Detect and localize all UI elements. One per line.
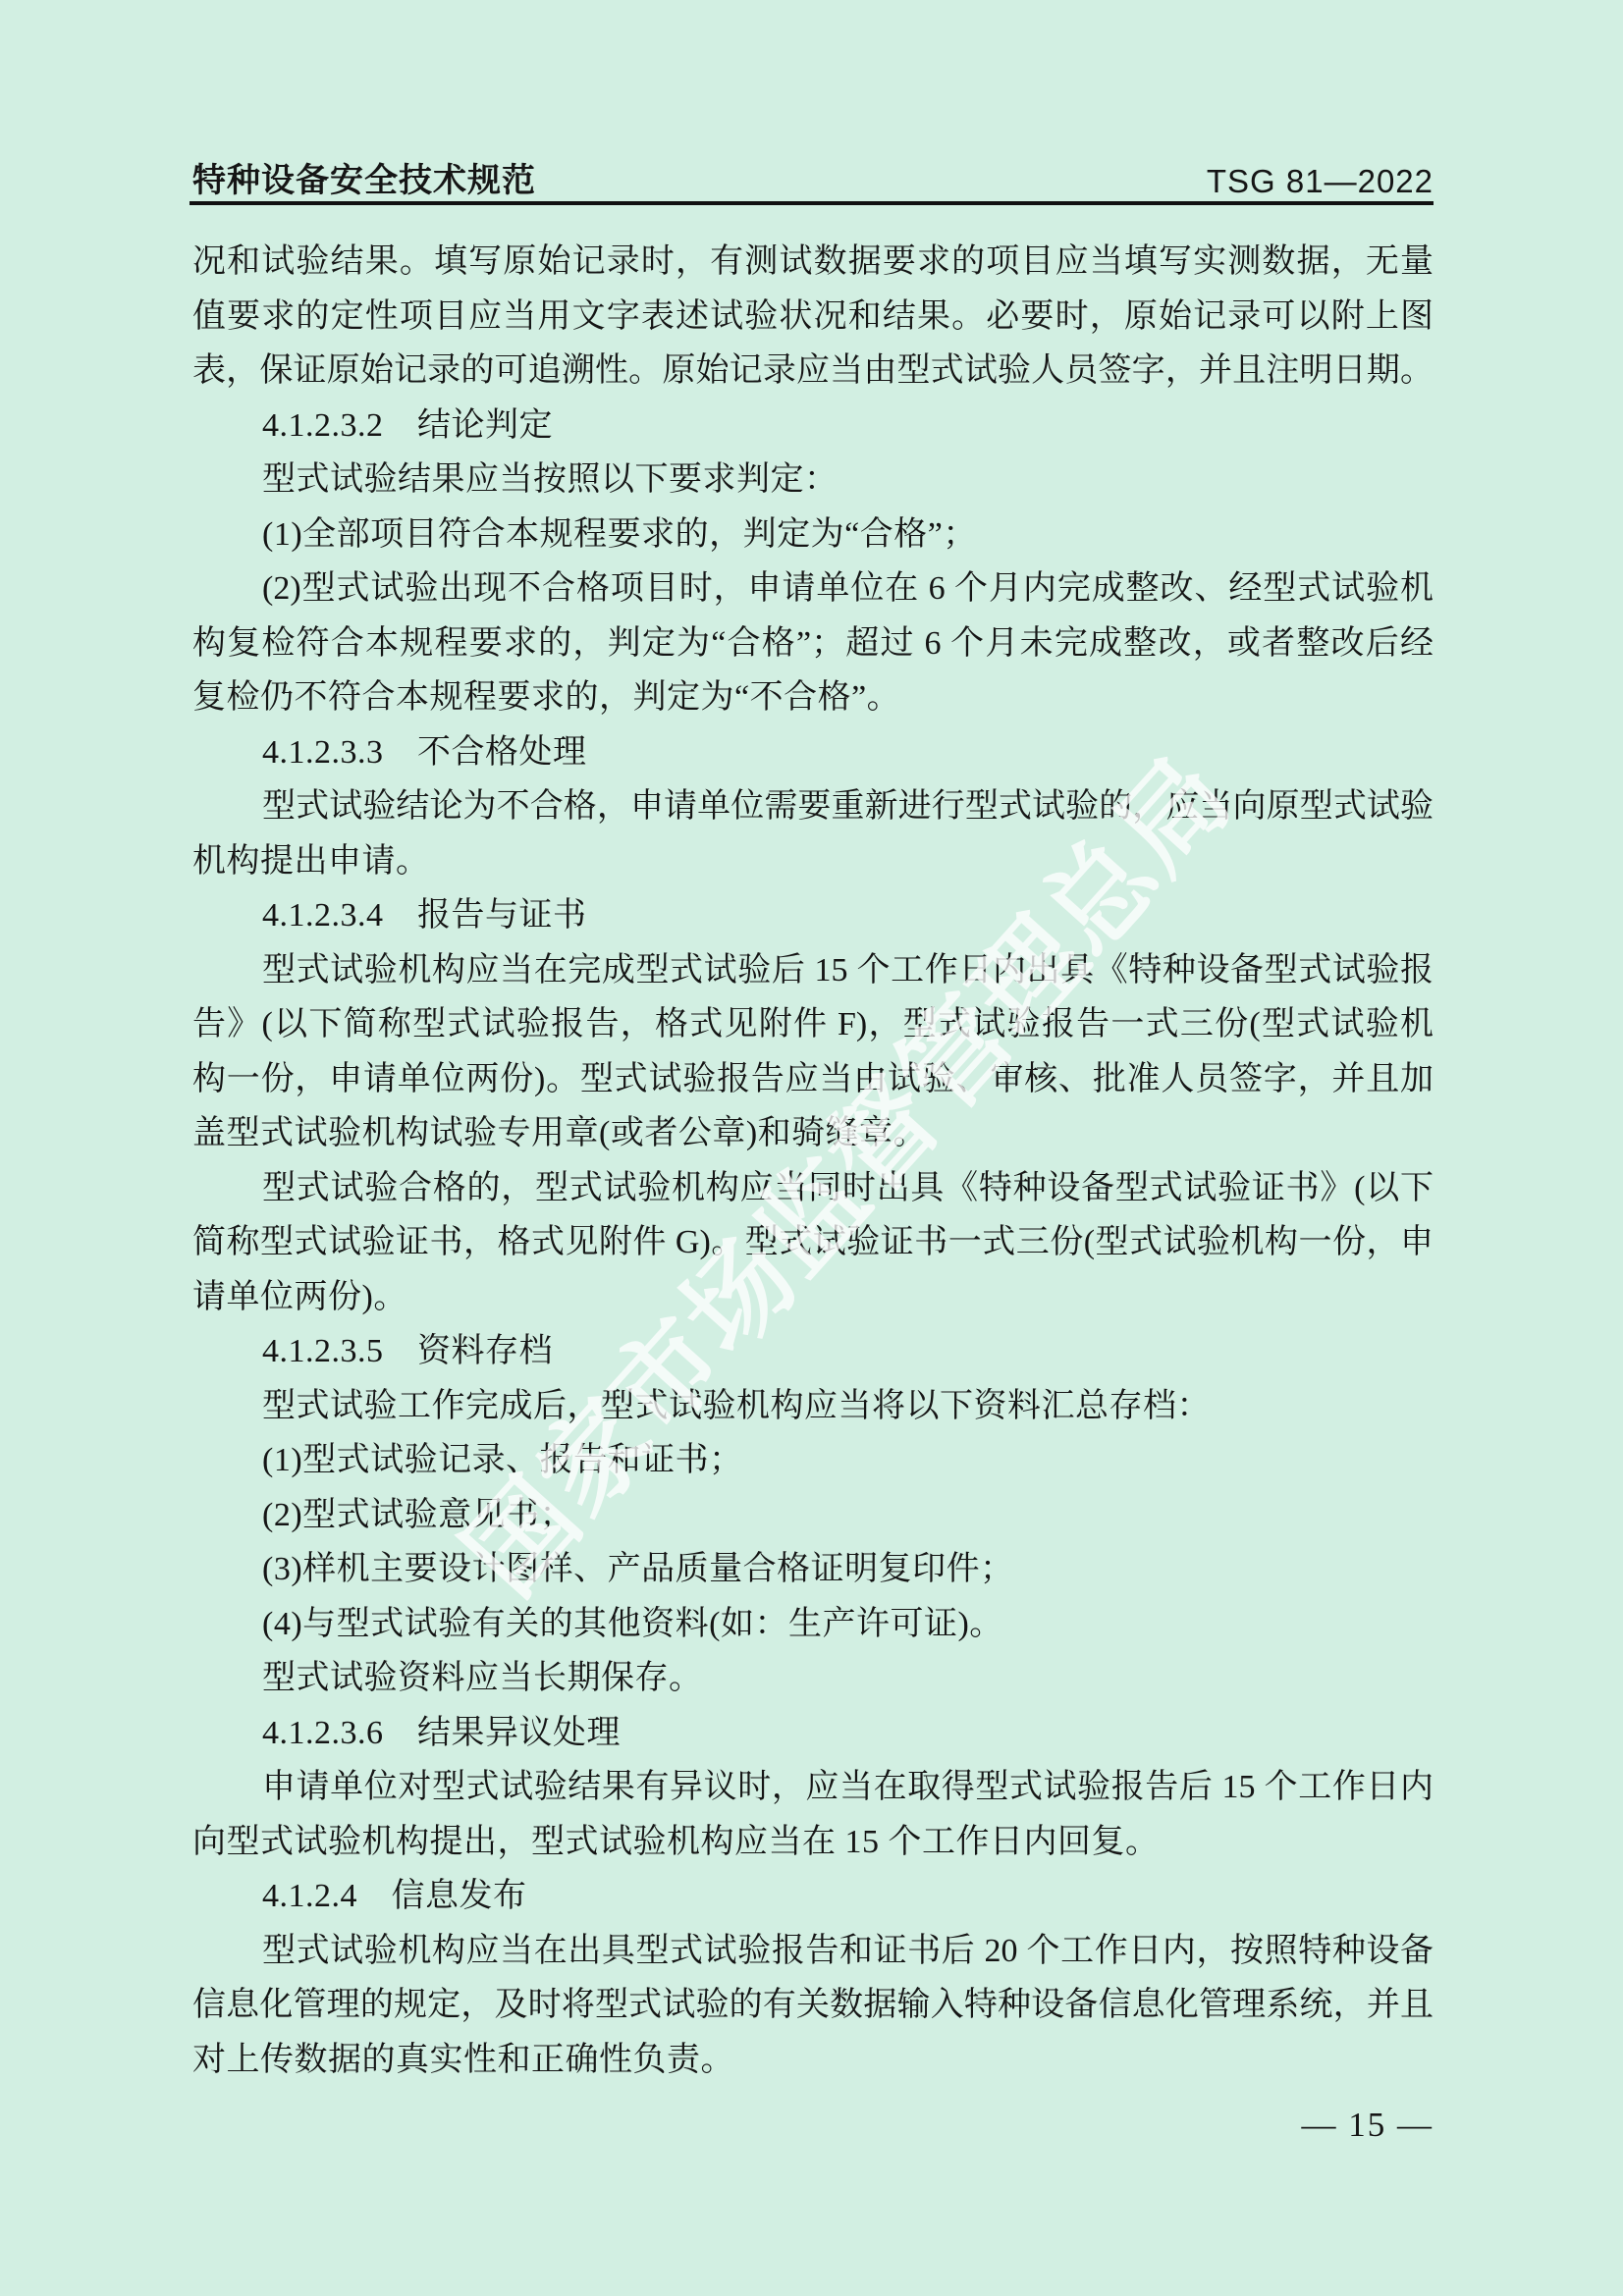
text-line: 4.1.2.3.6 结果异议处理	[192, 1706, 1434, 1761]
document-page: 特种设备安全技术规范 TSG 81—2022 国家市场监督管理总局 况和试验结果…	[0, 0, 1623, 2296]
text-line: 构一份，申请单位两份)。型式试验报告应当由试验、审核、批准人员签字，并且加	[192, 1052, 1434, 1107]
text-line: 型式试验结论为不合格，申请单位需要重新进行型式试验的，应当向原型式试验	[192, 779, 1434, 834]
text-line: 型式试验机构应当在出具型式试验报告和证书后 20 个工作日内，按照特种设备	[192, 1924, 1434, 1979]
text-line: 型式试验工作完成后，型式试验机构应当将以下资料汇总存档：	[192, 1379, 1434, 1434]
text-line: (1)全部项目符合本规程要求的，判定为“合格”；	[192, 507, 1434, 562]
text-line: (1)型式试验记录、报告和证书；	[192, 1433, 1434, 1488]
text-line: 型式试验合格的，型式试验机构应当同时出具《特种设备型式试验证书》(以下	[192, 1161, 1434, 1216]
text-line: (2)型式试验出现不合格项目时，申请单位在 6 个月内完成整改、经型式试验机	[192, 561, 1434, 616]
text-line: 4.1.2.3.2 结论判定	[192, 399, 1434, 454]
text-line: 4.1.2.3.5 资料存档	[192, 1324, 1434, 1379]
header-divider-rule	[189, 201, 1434, 205]
page-number: — 15 —	[1302, 2105, 1434, 2146]
text-line: 告》(以下简称型式试验报告，格式见附件 F)，型式试验报告一式三份(型式试验机	[192, 997, 1434, 1052]
text-line: 4.1.2.3.3 不合格处理	[192, 725, 1434, 780]
text-line: (4)与型式试验有关的其他资料(如：生产许可证)。	[192, 1597, 1434, 1652]
text-line: 型式试验结果应当按照以下要求判定：	[192, 453, 1434, 507]
text-line: 型式试验资料应当长期保存。	[192, 1651, 1434, 1706]
header-document-title: 特种设备安全技术规范	[192, 161, 536, 200]
text-line: 盖型式试验机构试验专用章(或者公章)和骑缝章。	[192, 1106, 1434, 1161]
text-line: 型式试验机构应当在完成型式试验后 15 个工作日内出具《特种设备型式试验报	[192, 943, 1434, 998]
document-body: 况和试验结果。填写原始记录时，有测试数据要求的项目应当填写实测数据，无量值要求的…	[192, 235, 1434, 2087]
text-line: 机构提出申请。	[192, 834, 1434, 889]
text-line: 况和试验结果。填写原始记录时，有测试数据要求的项目应当填写实测数据，无量	[192, 235, 1434, 290]
text-line: (3)样机主要设计图样、产品质量合格证明复印件；	[192, 1542, 1434, 1597]
text-line: 对上传数据的真实性和正确性负责。	[192, 2033, 1434, 2088]
header-document-code: TSG 81—2022	[1207, 163, 1434, 200]
text-line: 信息化管理的规定，及时将型式试验的有关数据输入特种设备信息化管理系统，并且	[192, 1978, 1434, 2033]
text-line: 4.1.2.4 信息发布	[192, 1869, 1434, 1924]
text-line: 4.1.2.3.4 报告与证书	[192, 888, 1434, 943]
text-line: 表，保证原始记录的可追溯性。原始记录应当由型式试验人员签字，并且注明日期。	[192, 344, 1434, 399]
text-line: 申请单位对型式试验结果有异议时，应当在取得型式试验报告后 15 个工作日内	[192, 1760, 1434, 1815]
text-line: 请单位两份)。	[192, 1270, 1434, 1325]
text-line: (2)型式试验意见书；	[192, 1488, 1434, 1543]
text-line: 复检仍不符合本规程要求的，判定为“不合格”。	[192, 670, 1434, 725]
text-line: 构复检符合本规程要求的，判定为“合格”；超过 6 个月未完成整改，或者整改后经	[192, 616, 1434, 671]
text-line: 向型式试验机构提出，型式试验机构应当在 15 个工作日内回复。	[192, 1815, 1434, 1870]
text-line: 值要求的定性项目应当用文字表述试验状况和结果。必要时，原始记录可以附上图	[192, 290, 1434, 345]
text-line: 简称型式试验证书，格式见附件 G)。型式试验证书一式三份(型式试验机构一份，申	[192, 1215, 1434, 1270]
